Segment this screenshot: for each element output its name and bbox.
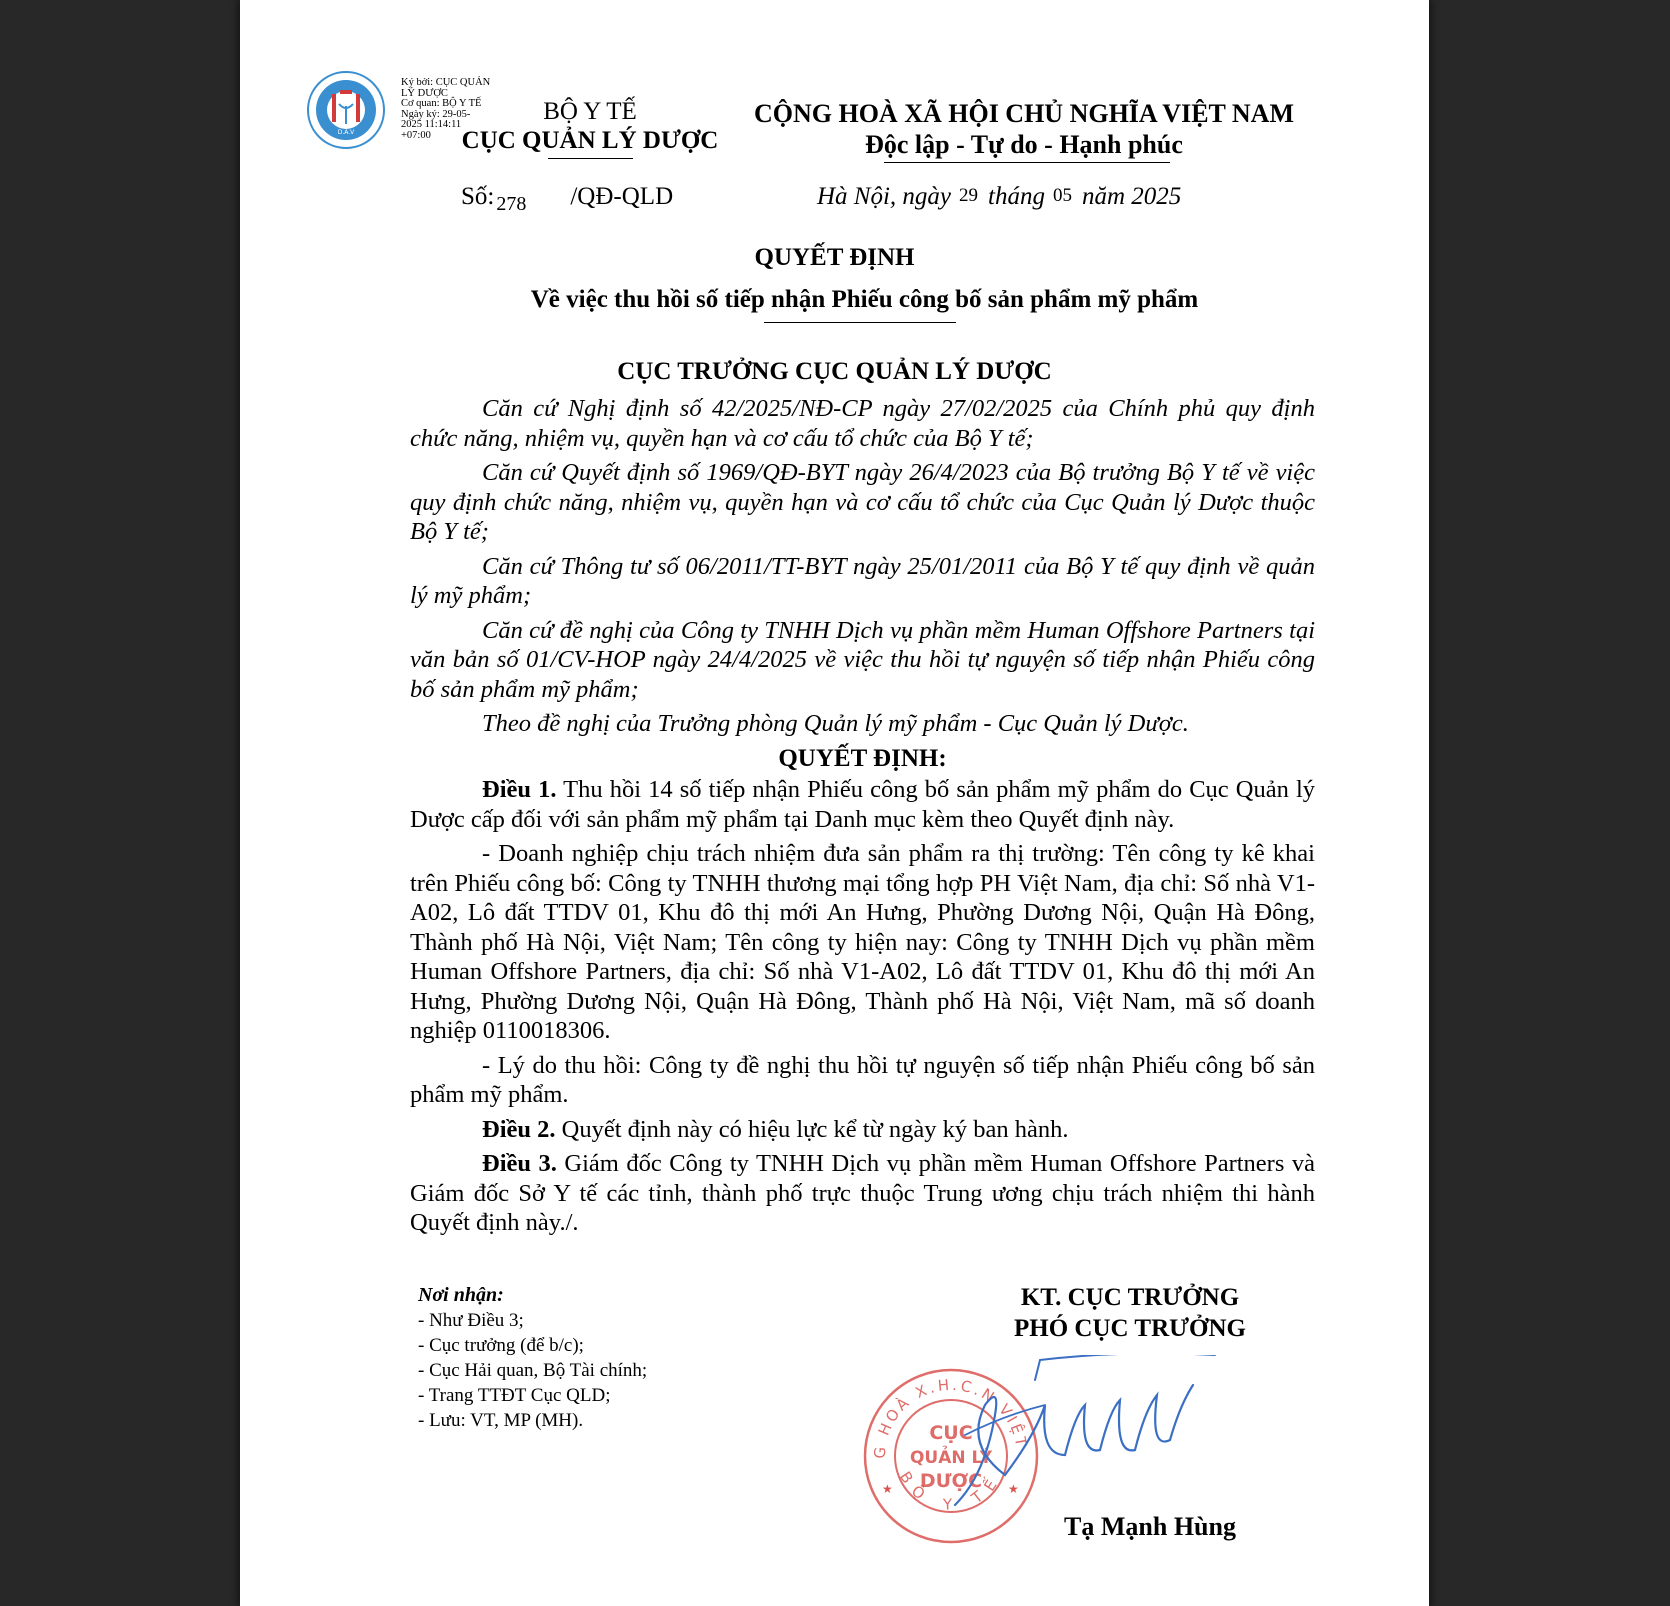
article-1-label: Điều 1. bbox=[482, 776, 556, 803]
article-1-company: - Doanh nghiệp chịu trách nhiệm đưa sản … bbox=[410, 839, 1315, 1046]
signature-block: KT. CỤC TRƯỞNG PHÓ CỤC TRƯỞNG bbox=[940, 1282, 1320, 1344]
article-2-text: Quyết định này có hiệu lực kể từ ngày ký… bbox=[556, 1116, 1069, 1143]
agency-underline bbox=[548, 158, 633, 159]
date-month: 05 bbox=[1053, 185, 1072, 206]
preamble-item: Căn cứ Nghị định số 42/2025/NĐ-CP ngày 2… bbox=[410, 394, 1315, 453]
article-3: Điều 3. Giám đốc Công ty TNHH Dịch vụ ph… bbox=[410, 1149, 1315, 1238]
signer-name: Tạ Mạnh Hùng bbox=[1000, 1512, 1300, 1542]
signature-title-1: KT. CỤC TRƯỞNG bbox=[940, 1282, 1320, 1313]
motto-underline bbox=[884, 162, 1170, 163]
preamble-item: Theo đề nghị của Trưởng phòng Quản lý mỹ… bbox=[410, 709, 1315, 739]
date-month-label: tháng bbox=[988, 183, 1045, 210]
date-year: năm 2025 bbox=[1082, 183, 1181, 210]
document-subject: Về việc thu hồi số tiếp nhận Phiếu công … bbox=[270, 286, 1459, 314]
handwritten-signature-icon bbox=[945, 1355, 1225, 1515]
document-page: D.A.V Ký bởi: CỤC QUẢN LÝ DƯỢC Cơ quan: … bbox=[240, 0, 1429, 1606]
issuing-authority: CỤC TRƯỞNG CỤC QUẢN LÝ DƯỢC bbox=[240, 358, 1429, 386]
issuing-organization: BỘ Y TẾ CỤC QUẢN LÝ DƯỢC bbox=[430, 98, 750, 156]
recipient-item: - Trang TTĐT Cục QLD; bbox=[418, 1383, 647, 1408]
preamble-item: Căn cứ Thông tư số 06/2011/TT-BYT ngày 2… bbox=[410, 552, 1315, 611]
issue-date: Hà Nội, ngày29tháng05năm 2025 bbox=[817, 183, 1181, 211]
recipient-item: - Như Điều 3; bbox=[418, 1308, 647, 1333]
ministry-name: BỘ Y TẾ bbox=[430, 98, 750, 126]
doc-number-value: 278 bbox=[496, 193, 526, 215]
national-header: CỘNG HOÀ XÃ HỘI CHỦ NGHĨA VIỆT NAM Độc l… bbox=[740, 98, 1308, 160]
recipient-item: - Cục Hải quan, Bộ Tài chính; bbox=[418, 1358, 647, 1383]
document-number: Số:278/QĐ-QLD bbox=[461, 183, 673, 211]
article-2-label: Điều 2. bbox=[482, 1116, 556, 1143]
article-1-reason: - Lý do thu hồi: Công ty đề nghị thu hồi… bbox=[410, 1051, 1315, 1110]
article-1: Điều 1. Thu hồi 14 số tiếp nhận Phiếu cô… bbox=[410, 775, 1315, 834]
recipients-list: Nơi nhận: - Như Điều 3; - Cục trưởng (để… bbox=[418, 1282, 647, 1433]
document-title: QUYẾT ĐỊNH bbox=[240, 244, 1429, 272]
signature-title-2: PHÓ CỤC TRƯỞNG bbox=[940, 1313, 1320, 1344]
date-day: 29 bbox=[959, 185, 978, 206]
dav-logo-icon: D.A.V bbox=[306, 70, 386, 150]
date-place: Hà Nội, ngày bbox=[817, 183, 951, 210]
doc-number-label: Số: bbox=[461, 183, 494, 210]
svg-text:★: ★ bbox=[882, 1482, 893, 1496]
recipient-item: - Lưu: VT, MP (MH). bbox=[418, 1408, 647, 1433]
recipients-heading: Nơi nhận: bbox=[418, 1282, 647, 1308]
sig-signed-by: Ký bởi: CỤC QUẢN bbox=[401, 78, 511, 89]
preamble-item: Căn cứ Quyết định số 1969/QĐ-BYT ngày 26… bbox=[410, 458, 1315, 547]
doc-number-suffix: /QĐ-QLD bbox=[570, 183, 673, 210]
document-body: Căn cứ Nghị định số 42/2025/NĐ-CP ngày 2… bbox=[410, 394, 1315, 1243]
recipient-item: - Cục trưởng (để b/c); bbox=[418, 1333, 647, 1358]
article-3-label: Điều 3. bbox=[482, 1150, 557, 1177]
agency-name: CỤC QUẢN LÝ DƯỢC bbox=[430, 126, 750, 156]
decision-heading: QUYẾT ĐỊNH: bbox=[410, 744, 1315, 774]
nation-name: CỘNG HOÀ XÃ HỘI CHỦ NGHĨA VIỆT NAM bbox=[740, 98, 1308, 130]
subject-underline bbox=[764, 322, 956, 323]
svg-text:D.A.V: D.A.V bbox=[338, 129, 355, 136]
national-motto: Độc lập - Tự do - Hạnh phúc bbox=[740, 130, 1308, 160]
preamble-item: Căn cứ đề nghị của Công ty TNHH Dịch vụ … bbox=[410, 616, 1315, 705]
article-2: Điều 2. Quyết định này có hiệu lực kể từ… bbox=[410, 1115, 1315, 1145]
